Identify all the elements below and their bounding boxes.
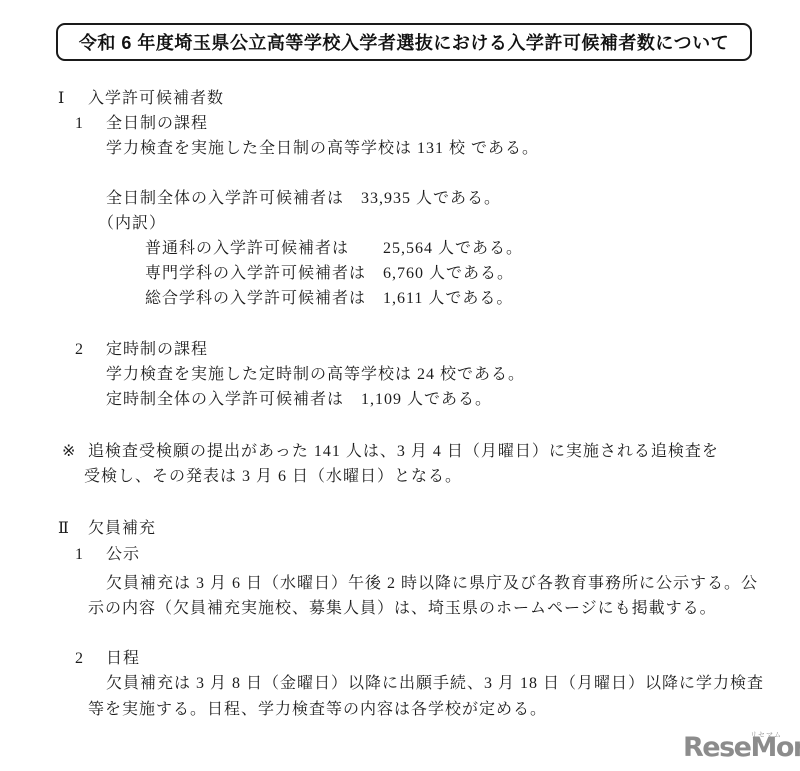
fulltime-total-text: 全日制全体の入学許可候補者は 33,935 人である。 [106,186,501,211]
parttime-heading: 定時制の課程 [106,337,208,362]
section1-heading-row: Ⅰ 入学許可候補者数 [0,86,800,111]
announcement-number: 1 [75,542,84,567]
schedule-text-2: 等を実施する。日程、学力検査等の内容は各学校が定める。 [88,697,547,722]
section2-heading: 欠員補充 [88,516,156,541]
schedule-heading-row: 2 日程 [0,646,800,671]
parttime-total-text: 定時制全体の入学許可候補者は 1,109 人である。 [106,387,492,412]
logo-wordmark: ReseMom. [683,732,800,763]
fulltime-heading-row: 1 全日制の課程 [0,111,800,136]
breakdown-item: 専門学科の入学許可候補者は 6,760 人である。 [0,261,800,286]
parttime-schools-line: 学力検査を実施した定時制の高等学校は 24 校である。 [0,362,800,387]
announcement-line-2: 示の内容（欠員補充実施校、募集人員）は、埼玉県のホームページにも掲載する。 [0,596,800,621]
title-box: 令和 6 年度埼玉県公立高等学校入学者選抜における入学許可候補者数について [56,23,752,61]
announcement-heading: 公示 [106,542,140,567]
document-page: 令和 6 年度埼玉県公立高等学校入学者選抜における入学許可候補者数について Ⅰ … [0,0,800,771]
fulltime-total-line: 全日制全体の入学許可候補者は 33,935 人である。 [0,186,800,211]
announcement-text-1: 欠員補充は 3 月 6 日（水曜日）午後 2 時以降に県庁及び各教育事務所に公示… [106,571,758,596]
breakdown-specialized: 専門学科の入学許可候補者は 6,760 人である。 [145,261,514,286]
parttime-total-line: 定時制全体の入学許可候補者は 1,109 人である。 [0,387,800,412]
fulltime-number: 1 [75,111,84,136]
parttime-number: 2 [75,337,84,362]
schedule-heading: 日程 [106,646,140,671]
section2-heading-row: Ⅱ 欠員補充 [0,516,800,541]
fulltime-schools-text: 学力検査を実施した全日制の高等学校は 131 校 である。 [106,136,539,161]
announcement-heading-row: 1 公示 [0,542,800,567]
fulltime-heading: 全日制の課程 [106,111,208,136]
breakdown-general: 普通科の入学許可候補者は 25,564 人である。 [145,236,523,261]
breakdown-item: 総合学科の入学許可候補者は 1,611 人である。 [0,286,800,311]
breakdown-label-row: （内訳） [0,211,800,236]
schedule-number: 2 [75,646,84,671]
page-title: 令和 6 年度埼玉県公立高等学校入学者選抜における入学許可候補者数について [79,29,729,55]
section1-heading: 入学許可候補者数 [88,86,224,111]
note-line-1: ※ 追検査受検願の提出があった 141 人は、3 月 4 日（月曜日）に実施され… [0,439,800,464]
note-text-2: 受検し、その発表は 3 月 6 日（水曜日）となる。 [84,464,462,489]
note-line-2: 受検し、その発表は 3 月 6 日（水曜日）となる。 [0,464,800,489]
note-text-1: 追検査受検願の提出があった 141 人は、3 月 4 日（月曜日）に実施される追… [88,439,719,464]
announcement-line-1: 欠員補充は 3 月 6 日（水曜日）午後 2 時以降に県庁及び各教育事務所に公示… [0,571,800,596]
section2-number: Ⅱ [58,516,70,541]
breakdown-label: （内訳） [98,211,166,236]
parttime-schools-text: 学力検査を実施した定時制の高等学校は 24 校である。 [106,362,525,387]
fulltime-schools-line: 学力検査を実施した全日制の高等学校は 131 校 である。 [0,136,800,161]
logo-ruby-text: リセマム [750,730,782,740]
resemom-logo: リセマム ReseMom. [683,734,798,766]
schedule-line-2: 等を実施する。日程、学力検査等の内容は各学校が定める。 [0,697,800,722]
note-marker: ※ [62,439,76,464]
section1-number: Ⅰ [58,86,65,111]
announcement-text-2: 示の内容（欠員補充実施校、募集人員）は、埼玉県のホームページにも掲載する。 [88,596,717,621]
schedule-text-1: 欠員補充は 3 月 8 日（金曜日）以降に出願手続、3 月 18 日（月曜日）以… [106,671,764,696]
schedule-line-1: 欠員補充は 3 月 8 日（金曜日）以降に出願手続、3 月 18 日（月曜日）以… [0,671,800,696]
parttime-heading-row: 2 定時制の課程 [0,337,800,362]
breakdown-integrated: 総合学科の入学許可候補者は 1,611 人である。 [145,286,513,311]
breakdown-item: 普通科の入学許可候補者は 25,564 人である。 [0,236,800,261]
